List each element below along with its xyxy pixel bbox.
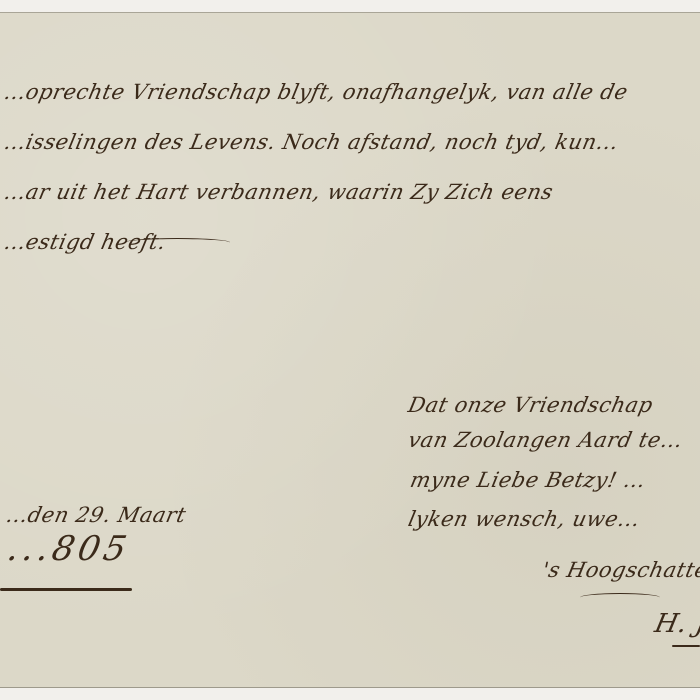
- closing-line-1: Dat onze Vriendschap: [406, 393, 655, 417]
- body-line-2: ...isselingen des Levens. Noch afstand, …: [2, 130, 621, 154]
- closing-place: 's Hoogschatte...: [540, 558, 700, 582]
- date-line: ...den 29. Maart: [4, 503, 188, 527]
- signature-initials: H. J...: [652, 609, 700, 639]
- year-line: ...805: [4, 529, 134, 569]
- closing-line-4: lyken wensch, uwe...: [406, 507, 642, 531]
- flourish-place: [580, 593, 660, 602]
- body-line-3: ...ar uit het Hart verbannen, waarin Zy …: [2, 180, 555, 204]
- signature-underline: [672, 645, 700, 647]
- date-underline-rule: [0, 588, 132, 591]
- letter-paper: ...oprechte Vriendschap blyft, onafhange…: [0, 12, 700, 688]
- body-line-1: ...oprechte Vriendschap blyft, onafhange…: [2, 80, 630, 104]
- closing-line-2: van Zoolangen Aard te...: [406, 428, 685, 452]
- flourish-underline: [125, 238, 230, 247]
- closing-line-3: myne Liebe Betzy! ...: [408, 468, 648, 492]
